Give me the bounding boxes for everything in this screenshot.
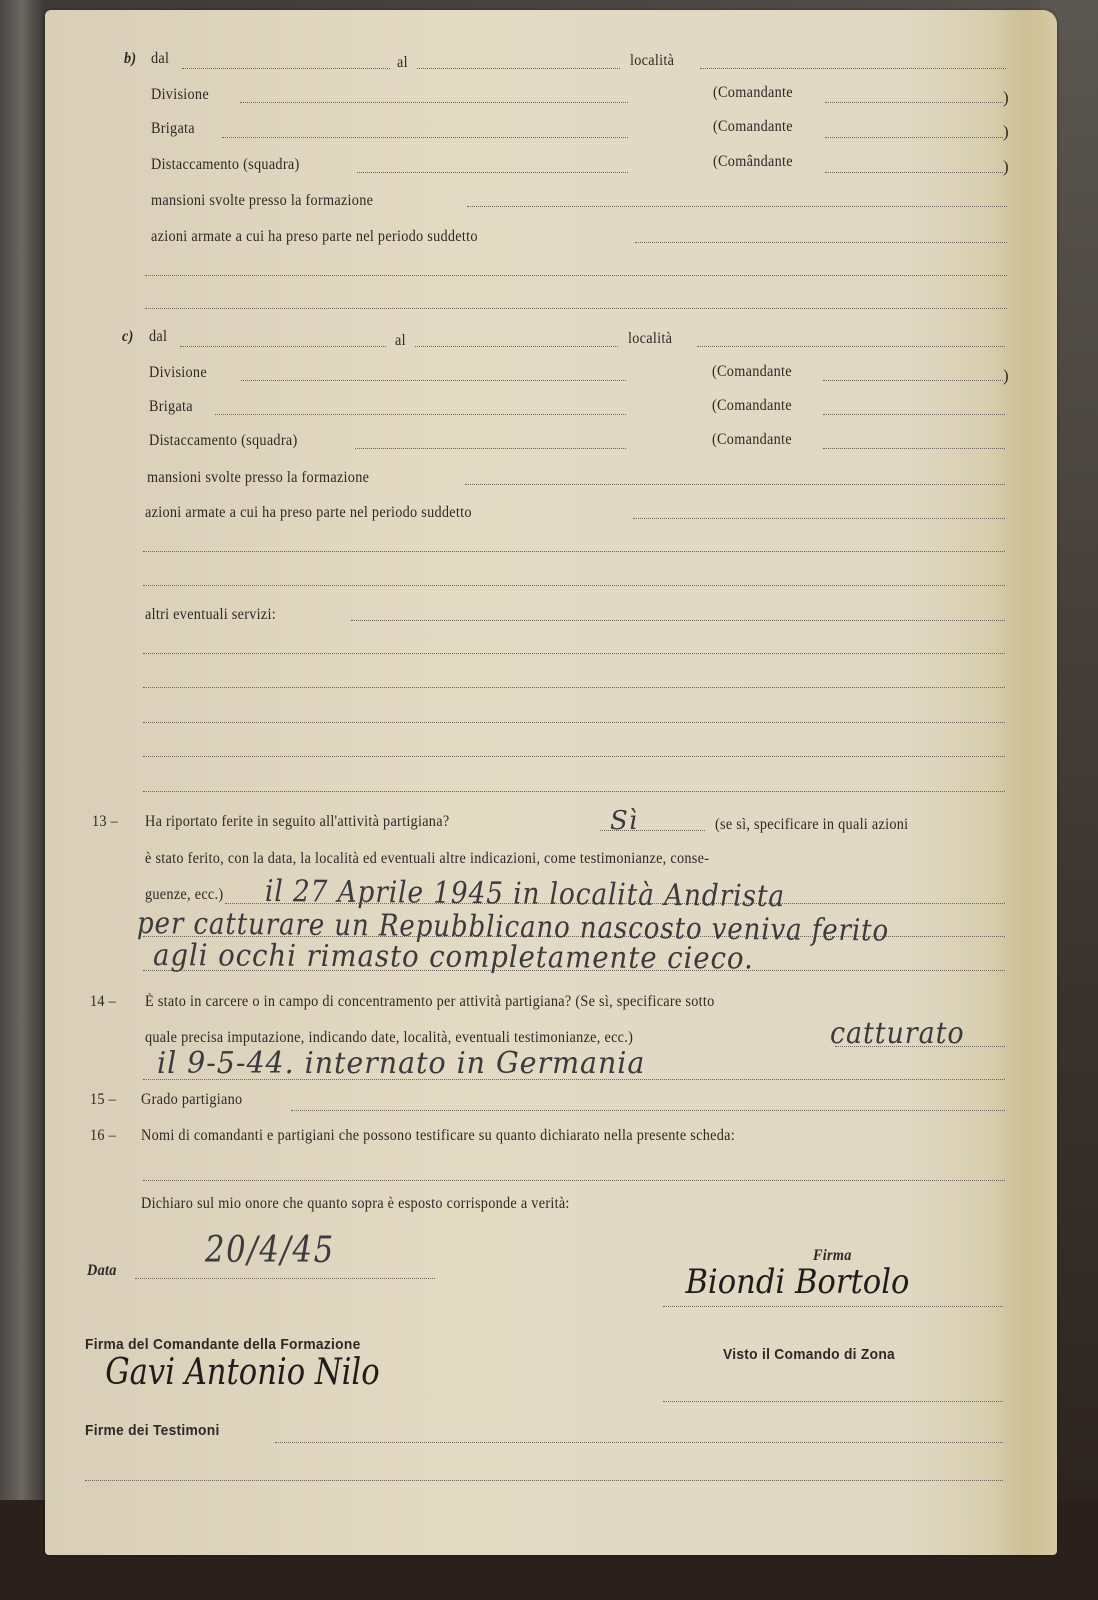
divisione-field[interactable] xyxy=(240,102,628,103)
brigata-label: Brigata xyxy=(149,398,193,416)
testimoni-names-field[interactable] xyxy=(143,1180,1005,1181)
mansioni-field[interactable] xyxy=(467,206,1007,207)
firma-signature: Biondi Bortolo xyxy=(685,1262,909,1302)
visto-comando-zona-field[interactable] xyxy=(663,1401,1003,1402)
comandante-formazione-label: Firma del Comandante della Formazione xyxy=(85,1336,361,1353)
altri-servizi-line-2[interactable] xyxy=(143,653,1005,654)
al-field[interactable] xyxy=(415,346,618,347)
q13-answer-handwritten: Sì xyxy=(610,806,638,836)
question-number: 15 – xyxy=(90,1091,116,1109)
divisione-label: Divisione xyxy=(151,86,209,104)
question-text: Nomi di comandanti e partigiani che poss… xyxy=(141,1127,735,1145)
azioni-label: azioni armate a cui ha preso parte nel p… xyxy=(151,228,478,246)
distaccamento-field[interactable] xyxy=(357,172,628,173)
divisione-field[interactable] xyxy=(241,380,626,381)
brigata-comandante-field[interactable] xyxy=(825,137,1003,138)
comandante-signature: Gavi Antonio Nilo xyxy=(105,1352,379,1393)
altri-servizi-line-5[interactable] xyxy=(143,756,1005,757)
localita-label: località xyxy=(630,52,674,70)
distaccamento-label: Distaccamento (squadra) xyxy=(151,156,299,174)
data-field[interactable] xyxy=(135,1278,435,1279)
distaccamento-comandante-field[interactable] xyxy=(823,448,1005,449)
q13-handwritten-line-3: agli occhi rimasto completamente cieco. xyxy=(153,938,754,976)
close-paren: ) xyxy=(1003,122,1009,142)
al-field[interactable] xyxy=(417,68,620,69)
localita-label: località xyxy=(628,330,672,348)
altri-servizi-field[interactable] xyxy=(351,620,1005,621)
distaccamento-label: Distaccamento (squadra) xyxy=(149,432,297,450)
firme-testimoni-label: Firme dei Testimoni xyxy=(85,1422,220,1439)
comandante-label: (Comandante xyxy=(712,431,792,449)
azioni-field-line-3[interactable] xyxy=(143,585,1005,586)
azioni-label: azioni armate a cui ha preso parte nel p… xyxy=(145,504,472,522)
azioni-field-line-2[interactable] xyxy=(143,551,1005,552)
grado-partigiano-field[interactable] xyxy=(291,1110,1005,1111)
firme-testimoni-line-2[interactable] xyxy=(85,1480,1003,1481)
data-label: Data xyxy=(87,1262,117,1280)
question-text: Grado partigiano xyxy=(141,1091,242,1109)
comandante-label: (Comandante xyxy=(712,363,792,381)
mansioni-field[interactable] xyxy=(465,484,1005,485)
question-text: È stato in carcere o in campo di concent… xyxy=(145,993,715,1011)
close-paren: ) xyxy=(1003,157,1009,177)
q14-handwritten-line-2: il 9-5-44. internato in Germania xyxy=(157,1046,645,1081)
comandante-label: (Comandante xyxy=(713,118,793,136)
visto-comando-zona-label: Visto il Comando di Zona xyxy=(723,1346,895,1363)
al-label: al xyxy=(397,54,408,72)
altri-servizi-label: altri eventuali servizi: xyxy=(145,606,276,624)
question-instruction: è stato ferito, con la data, la località… xyxy=(145,850,709,868)
divisione-comandante-field[interactable] xyxy=(825,102,1003,103)
brigata-comandante-field[interactable] xyxy=(823,414,1005,415)
comandante-label: (Comândante xyxy=(713,153,793,171)
divisione-comandante-field[interactable] xyxy=(823,380,1003,381)
azioni-field-line-3[interactable] xyxy=(145,308,1007,309)
declaration-text: Dichiaro sul mio onore che quanto sopra … xyxy=(141,1195,570,1213)
question-text: Ha riportato ferite in seguito all'attiv… xyxy=(145,813,449,831)
localita-field[interactable] xyxy=(700,68,1006,69)
mansioni-label: mansioni svolte presso la formazione xyxy=(151,192,373,210)
dal-field[interactable] xyxy=(182,68,390,69)
firme-testimoni-field[interactable] xyxy=(275,1442,1003,1443)
comandante-label: (Comandante xyxy=(712,397,792,415)
section-c-letter: c) xyxy=(122,328,134,346)
question-instruction: (se sì, specificare in quali azioni xyxy=(715,816,908,834)
al-label: al xyxy=(395,332,406,350)
comandante-label: (Comandante xyxy=(713,84,793,102)
distaccamento-field[interactable] xyxy=(355,448,626,449)
localita-field[interactable] xyxy=(697,346,1005,347)
question-instruction: guenze, ecc.) xyxy=(145,886,223,904)
brigata-field[interactable] xyxy=(215,414,626,415)
mansioni-label: mansioni svolte presso la formazione xyxy=(147,469,369,487)
distaccamento-comandante-field[interactable] xyxy=(825,172,1003,173)
azioni-field[interactable] xyxy=(635,242,1007,243)
divisione-label: Divisione xyxy=(149,364,207,382)
altri-servizi-line-3[interactable] xyxy=(143,687,1005,688)
comandante-signature-field[interactable] xyxy=(85,1405,425,1406)
altri-servizi-line-6[interactable] xyxy=(143,791,1005,792)
q14-handwritten-line-1: catturato xyxy=(830,1016,965,1051)
azioni-field-line-2[interactable] xyxy=(145,275,1007,276)
dal-label: dal xyxy=(149,328,167,346)
dal-label: dal xyxy=(151,50,169,68)
brigata-field[interactable] xyxy=(222,137,628,138)
close-paren: ) xyxy=(1003,366,1009,386)
data-handwritten: 20/4/45 xyxy=(205,1230,335,1271)
question-number: 14 – xyxy=(90,993,116,1011)
close-paren: ) xyxy=(1003,88,1009,108)
brigata-label: Brigata xyxy=(151,120,195,138)
question-number: 13 – xyxy=(92,813,118,831)
dal-field[interactable] xyxy=(180,346,386,347)
section-b-letter: b) xyxy=(124,50,136,68)
azioni-field[interactable] xyxy=(633,518,1005,519)
question-instruction: quale precisa imputazione, indicando dat… xyxy=(145,1029,633,1047)
question-number: 16 – xyxy=(90,1127,116,1145)
partisan-form-page: b) dal al località Divisione (Comandante… xyxy=(45,10,1057,1555)
altri-servizi-line-4[interactable] xyxy=(143,722,1005,723)
firma-field[interactable] xyxy=(663,1306,1003,1307)
